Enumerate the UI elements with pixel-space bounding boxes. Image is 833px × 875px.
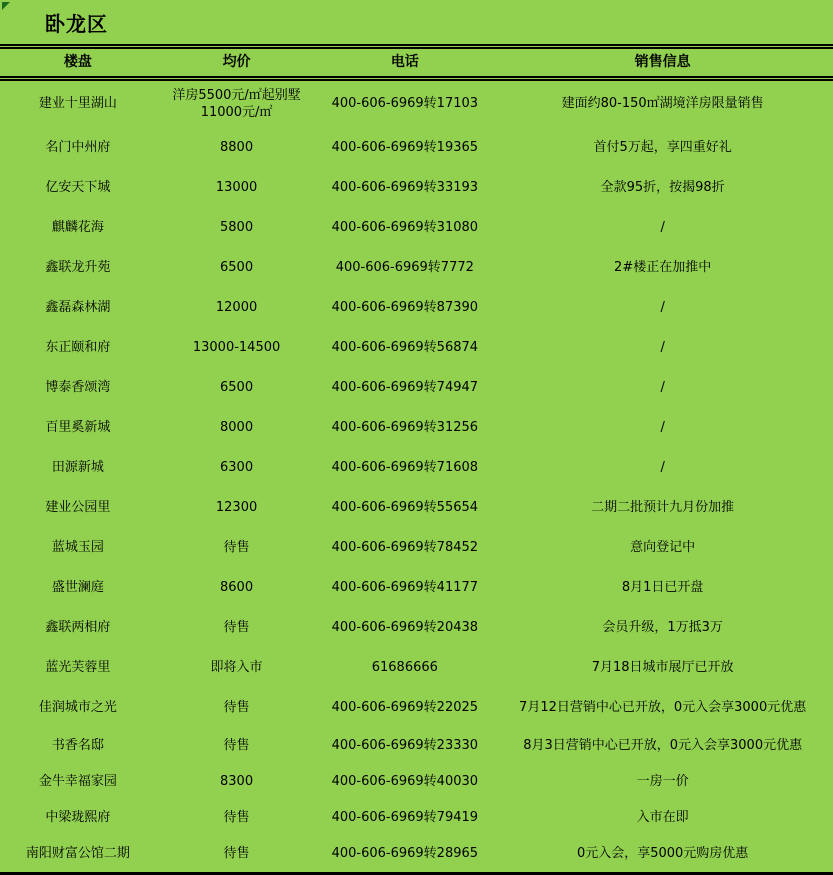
cell-info: 会员升级，1万抵3万 — [492, 620, 833, 636]
district-listing-table: 卧龙区 楼盘 均价 电话 销售信息 建业十里湖山洋房5500元/㎡起别墅 110… — [0, 0, 833, 875]
table-header: 楼盘 均价 电话 销售信息 — [0, 49, 833, 76]
cell-price: 12300 — [156, 500, 318, 516]
cell-name: 佳润城市之光 — [0, 700, 156, 716]
table-row: 南阳财富公馆二期待售400-606-6969转289650元入会，享5000元购… — [0, 836, 833, 872]
cell-info: 入市在即 — [492, 810, 833, 826]
table-row: 博泰香颂湾6500400-606-6969转74947/ — [0, 368, 833, 408]
cell-name: 东正颐和府 — [0, 340, 156, 356]
cell-phone: 400-606-6969转74947 — [317, 380, 492, 396]
column-header-phone: 电话 — [317, 54, 492, 72]
cell-name: 盛世澜庭 — [0, 580, 156, 596]
cell-name: 百里奚新城 — [0, 420, 156, 436]
listings-body: 建业十里湖山洋房5500元/㎡起别墅 11000元/㎡400-606-6969转… — [0, 81, 833, 872]
cell-info: 7月12日营销中心已开放，0元入会享3000元优惠 — [492, 700, 833, 716]
cell-phone: 400-606-6969转17103 — [317, 96, 492, 112]
cell-price: 待售 — [156, 738, 318, 754]
cell-name: 鑫联龙升苑 — [0, 260, 156, 276]
cell-name: 田源新城 — [0, 460, 156, 476]
cell-price: 13000-14500 — [156, 340, 318, 356]
cell-price: 6300 — [156, 460, 318, 476]
table-row: 田源新城6300400-606-6969转71608/ — [0, 448, 833, 488]
table-row: 建业十里湖山洋房5500元/㎡起别墅 11000元/㎡400-606-6969转… — [0, 81, 833, 128]
cell-info: 首付5万起，享四重好礼 — [492, 140, 833, 156]
column-header-price: 均价 — [156, 54, 318, 72]
table-row: 名门中州府8800400-606-6969转19365首付5万起，享四重好礼 — [0, 128, 833, 168]
cell-info: 二期二批预计九月份加推 — [492, 500, 833, 516]
cell-price: 8300 — [156, 774, 318, 790]
table-row: 蓝城玉园待售400-606-6969转78452意向登记中 — [0, 528, 833, 568]
cell-name: 建业十里湖山 — [0, 96, 156, 112]
table-row: 蓝光芙蓉里即将入市616866667月18日城市展厅已开放 — [0, 648, 833, 688]
cell-name: 鑫磊森林湖 — [0, 300, 156, 316]
cell-phone: 400-606-6969转79419 — [317, 810, 492, 826]
cell-phone: 400-606-6969转40030 — [317, 774, 492, 790]
cell-phone: 400-606-6969转19365 — [317, 140, 492, 156]
cell-phone: 400-606-6969转23330 — [317, 738, 492, 754]
cell-info: 7月18日城市展厅已开放 — [492, 660, 833, 676]
cell-info: / — [492, 340, 833, 356]
cell-info: / — [492, 300, 833, 316]
cell-price: 待售 — [156, 810, 318, 826]
cell-info: 全款95折，按揭98折 — [492, 180, 833, 196]
cell-info: 意向登记中 — [492, 540, 833, 556]
table-row: 中梁珑熙府待售400-606-6969转79419入市在即 — [0, 800, 833, 836]
cell-phone: 400-606-6969转20438 — [317, 620, 492, 636]
page-title: 卧龙区 — [45, 8, 108, 37]
cell-phone: 400-606-6969转31080 — [317, 220, 492, 236]
cell-name: 建业公园里 — [0, 500, 156, 516]
table-row: 书香名邸待售400-606-6969转233308月3日营销中心已开放，0元入会… — [0, 728, 833, 764]
cell-info: / — [492, 380, 833, 396]
cell-name: 书香名邸 — [0, 738, 156, 754]
cell-info: 一房一价 — [492, 774, 833, 790]
table-row: 盛世澜庭8600400-606-6969转411778月1日已开盘 — [0, 568, 833, 608]
title-row: 卧龙区 — [0, 0, 833, 44]
table-row: 东正颐和府13000-14500400-606-6969转56874/ — [0, 328, 833, 368]
cell-name: 名门中州府 — [0, 140, 156, 156]
cell-name: 蓝光芙蓉里 — [0, 660, 156, 676]
cell-phone: 400-606-6969转31256 — [317, 420, 492, 436]
cell-phone: 400-606-6969转87390 — [317, 300, 492, 316]
cell-info: 8月3日营销中心已开放，0元入会享3000元优惠 — [492, 738, 833, 754]
table-row: 建业公园里12300400-606-6969转55654二期二批预计九月份加推 — [0, 488, 833, 528]
cell-phone: 400-606-6969转7772 — [317, 260, 492, 276]
cell-info: 2#楼正在加推中 — [492, 260, 833, 276]
table-row: 鑫磊森林湖12000400-606-6969转87390/ — [0, 288, 833, 328]
column-header-name: 楼盘 — [0, 54, 156, 72]
cell-name: 南阳财富公馆二期 — [0, 846, 156, 862]
cell-info: 建面约80-150㎡湖境洋房限量销售 — [492, 96, 833, 112]
cell-phone: 400-606-6969转71608 — [317, 460, 492, 476]
cell-price: 待售 — [156, 846, 318, 862]
cell-info: 0元入会，享5000元购房优惠 — [492, 846, 833, 862]
cell-info: / — [492, 460, 833, 476]
cell-phone: 400-606-6969转78452 — [317, 540, 492, 556]
cell-phone: 400-606-6969转41177 — [317, 580, 492, 596]
cell-phone: 400-606-6969转22025 — [317, 700, 492, 716]
cell-price: 8600 — [156, 580, 318, 596]
cell-price: 洋房5500元/㎡起别墅 11000元/㎡ — [156, 88, 318, 121]
cell-name: 麒麟花海 — [0, 220, 156, 236]
cell-phone: 400-606-6969转33193 — [317, 180, 492, 196]
cell-name: 亿安天下城 — [0, 180, 156, 196]
table-row: 百里奚新城8000400-606-6969转31256/ — [0, 408, 833, 448]
cell-price: 待售 — [156, 620, 318, 636]
cell-price: 12000 — [156, 300, 318, 316]
table-row: 鑫联两相府待售400-606-6969转20438会员升级，1万抵3万 — [0, 608, 833, 648]
cell-price: 待售 — [156, 700, 318, 716]
cell-name: 蓝城玉园 — [0, 540, 156, 556]
cell-phone: 400-606-6969转56874 — [317, 340, 492, 356]
cell-name: 博泰香颂湾 — [0, 380, 156, 396]
table-row: 佳润城市之光待售400-606-6969转220257月12日营销中心已开放，0… — [0, 688, 833, 728]
cell-price: 待售 — [156, 540, 318, 556]
corner-mark-icon — [2, 2, 10, 10]
table-row: 金牛幸福家园8300400-606-6969转40030一房一价 — [0, 764, 833, 800]
cell-phone: 400-606-6969转55654 — [317, 500, 492, 516]
cell-info: 8月1日已开盘 — [492, 580, 833, 596]
cell-phone: 61686666 — [317, 660, 492, 676]
cell-price: 即将入市 — [156, 660, 318, 676]
cell-info: / — [492, 420, 833, 436]
cell-price: 6500 — [156, 380, 318, 396]
cell-name: 中梁珑熙府 — [0, 810, 156, 826]
cell-price: 8800 — [156, 140, 318, 156]
cell-phone: 400-606-6969转28965 — [317, 846, 492, 862]
cell-price: 6500 — [156, 260, 318, 276]
cell-name: 鑫联两相府 — [0, 620, 156, 636]
cell-name: 金牛幸福家园 — [0, 774, 156, 790]
table-row: 亿安天下城13000400-606-6969转33193全款95折，按揭98折 — [0, 168, 833, 208]
cell-price: 13000 — [156, 180, 318, 196]
cell-price: 8000 — [156, 420, 318, 436]
table-row: 鑫联龙升苑6500400-606-6969转77722#楼正在加推中 — [0, 248, 833, 288]
column-header-info: 销售信息 — [492, 54, 833, 72]
cell-price: 5800 — [156, 220, 318, 236]
table-row: 麒麟花海5800400-606-6969转31080/ — [0, 208, 833, 248]
cell-info: / — [492, 220, 833, 236]
